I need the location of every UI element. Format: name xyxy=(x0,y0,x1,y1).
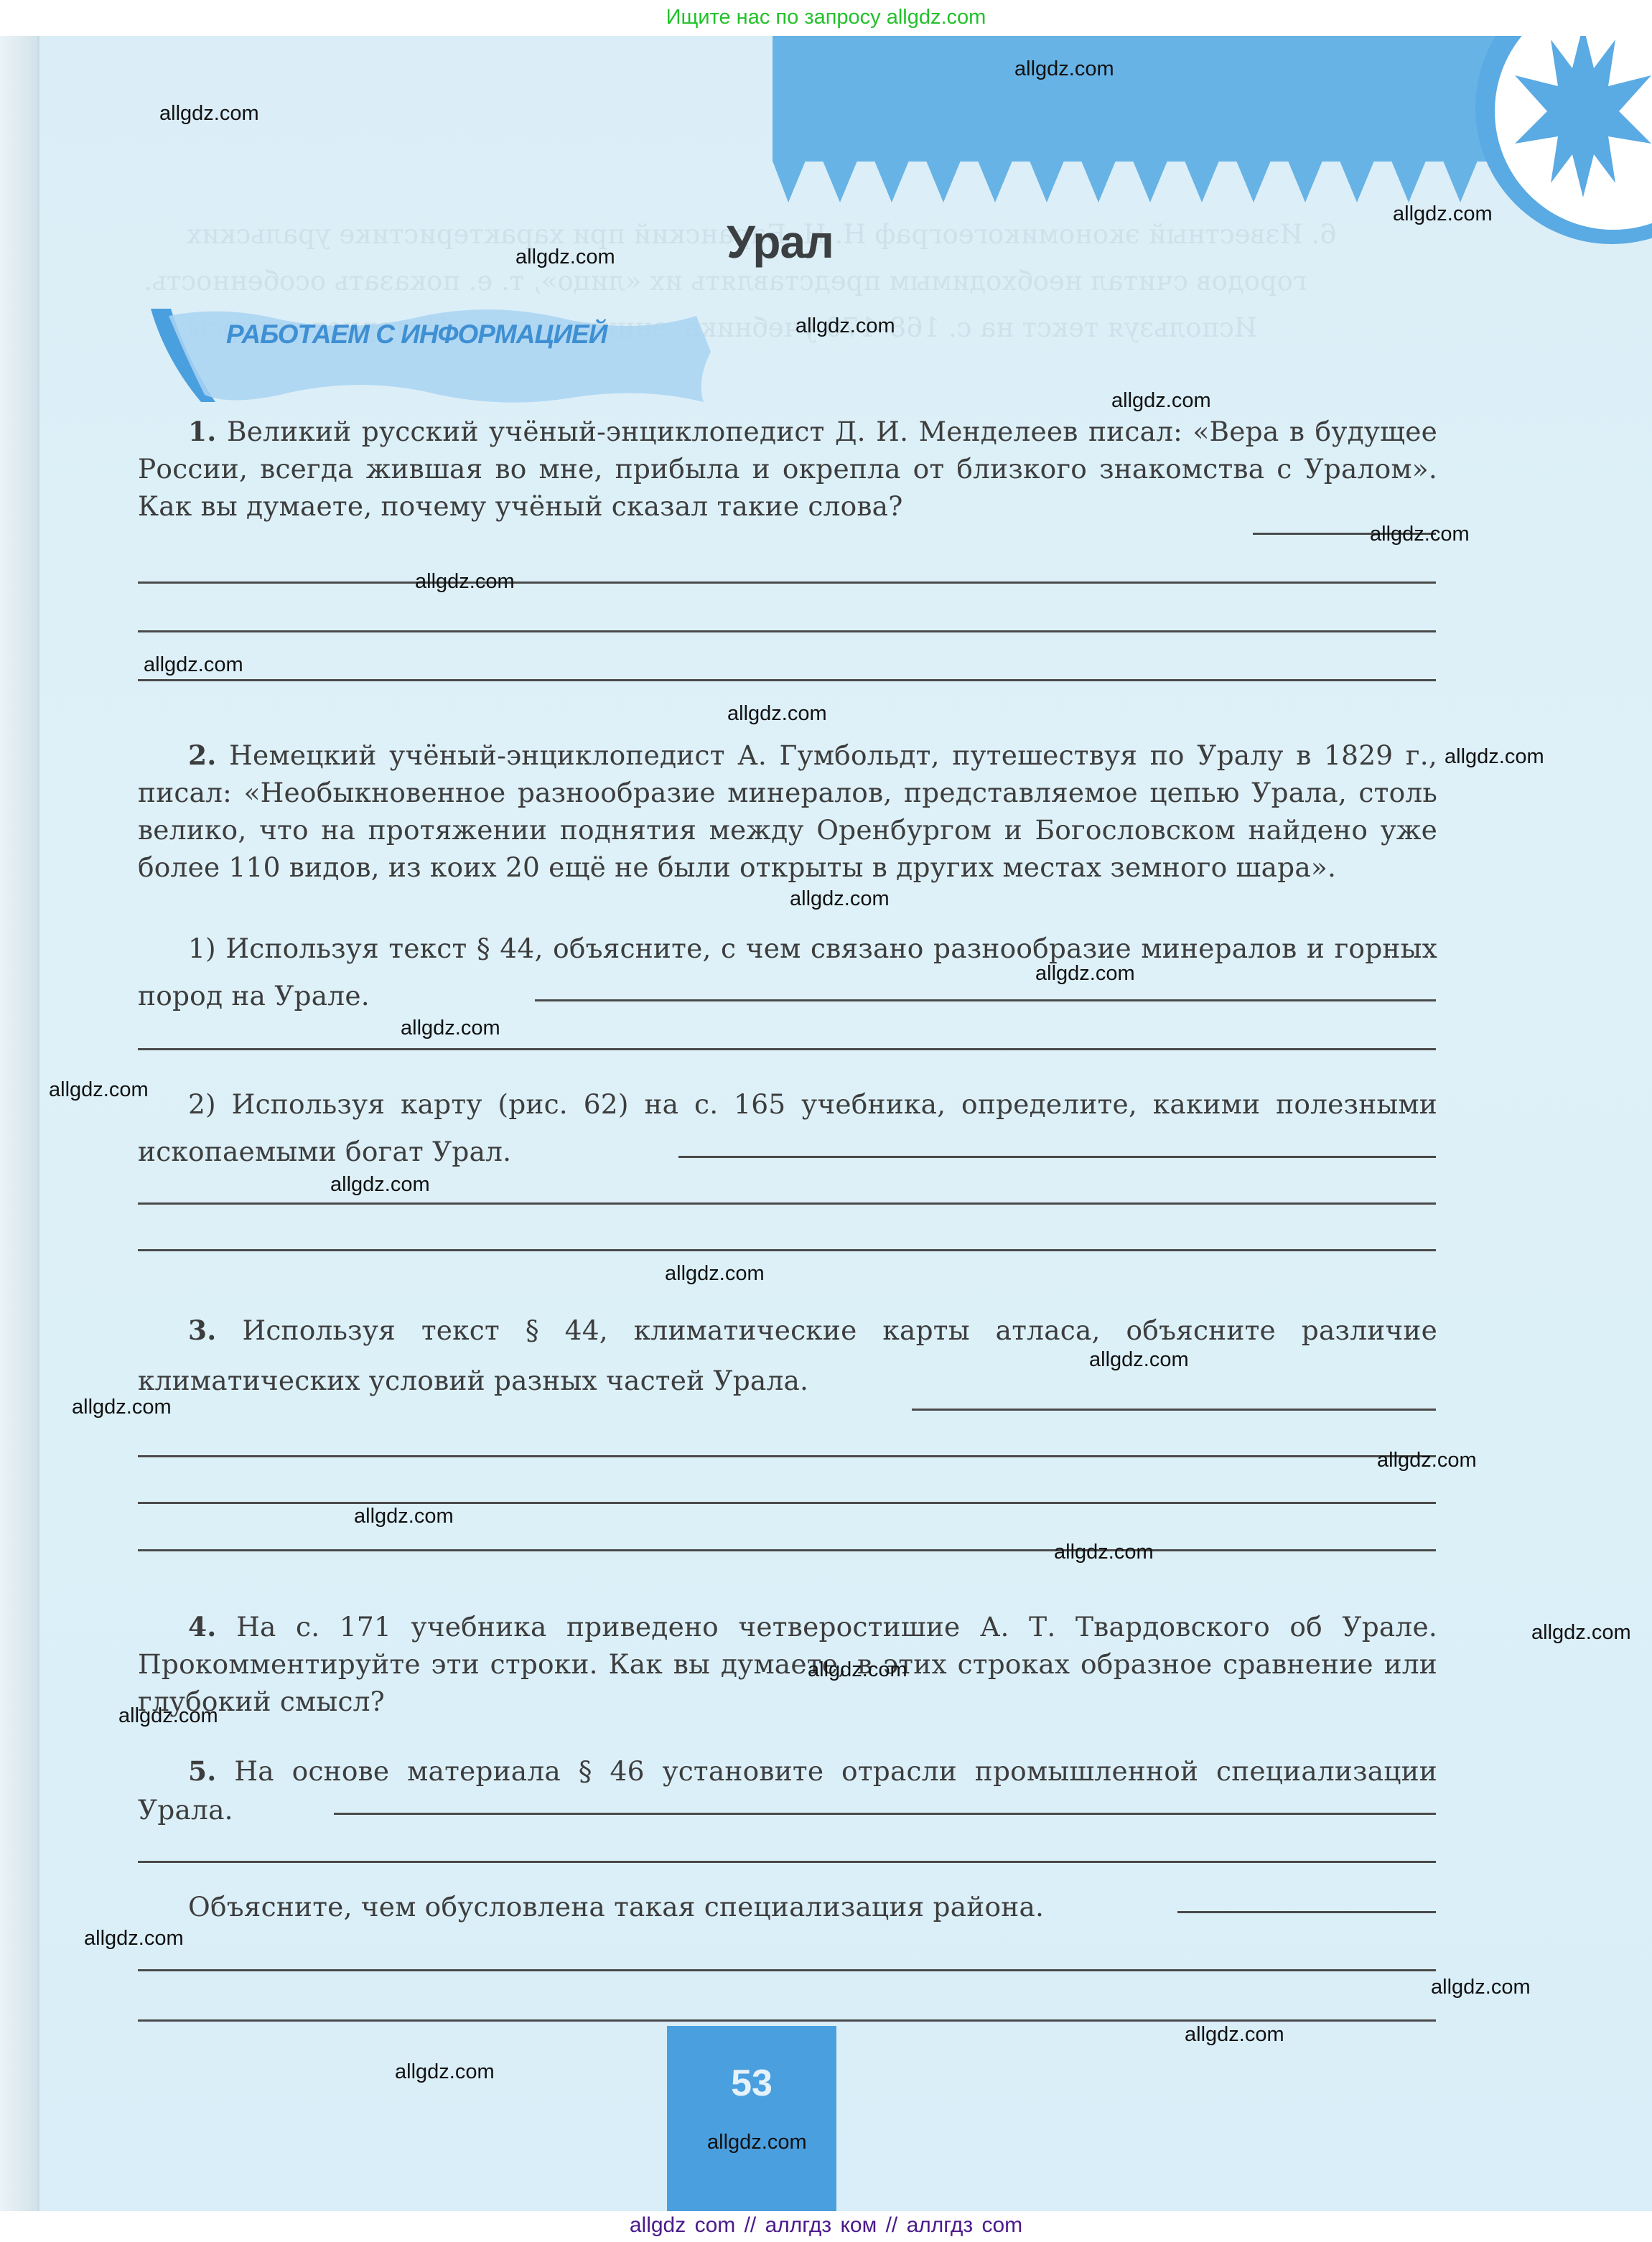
watermark: allgdz.com xyxy=(1111,389,1211,413)
watermark: allgdz.com xyxy=(1393,202,1493,226)
watermark: allgdz.com xyxy=(790,887,890,911)
page-number-box: 53 xyxy=(667,2026,836,2211)
watermark: allgdz.com xyxy=(118,1704,218,1728)
watermark: allgdz.com xyxy=(808,1658,907,1682)
bottom-promo-banner: allgdz com // аллгдз ком // аллгдз com xyxy=(0,2211,1652,2242)
answer-line[interactable] xyxy=(138,1202,1436,1205)
watermark: allgdz.com xyxy=(1370,523,1470,546)
watermark: allgdz.com xyxy=(84,1927,184,1951)
section-label: РАБОТАЕМ С ИНФОРМАЦИЕЙ xyxy=(226,319,607,350)
watermark: allgdz.com xyxy=(1431,1976,1531,1999)
task-4-text: 4. На с. 171 учебника приведено четверос… xyxy=(138,1608,1437,1720)
answer-line[interactable] xyxy=(138,1048,1436,1050)
page-number: 53 xyxy=(667,2062,836,2105)
top-promo-text: Ищите нас по запросу allgdz.com xyxy=(666,6,986,29)
watermark: allgdz.com xyxy=(665,1262,765,1286)
watermark: allgdz.com xyxy=(72,1396,172,1419)
watermark: allgdz.com xyxy=(330,1173,430,1197)
answer-line[interactable] xyxy=(138,581,1436,584)
watermark: allgdz.com xyxy=(144,653,243,677)
task-2-subtask-2: 2) Используя карту (рис. 62) на с. 165 у… xyxy=(138,1080,1437,1175)
task-5-text: 5. На основе материала § 46 установите о… xyxy=(138,1752,1437,1829)
watermark: allgdz.com xyxy=(1035,962,1135,986)
watermark: allgdz.com xyxy=(727,702,827,726)
zigzag-decor xyxy=(773,161,1490,204)
watermark: allgdz.com xyxy=(515,246,615,269)
section-banner xyxy=(136,302,761,409)
watermark: allgdz.com xyxy=(1054,1541,1154,1564)
task-5-followup: Объясните, чем обусловлена такая специал… xyxy=(138,1888,1437,1925)
answer-line[interactable] xyxy=(334,1813,1436,1815)
answer-line[interactable] xyxy=(138,679,1436,681)
watermark: allgdz.com xyxy=(395,2060,495,2084)
watermark: allgdz.com xyxy=(401,1017,500,1040)
show-through-text: городов считал необходимым представлять … xyxy=(144,266,1307,296)
page-title: Урал xyxy=(727,215,834,268)
watermark: allgdz.com xyxy=(1445,745,1544,769)
answer-line[interactable] xyxy=(138,630,1436,632)
task-3-text: 3. Используя текст § 44, климатические к… xyxy=(138,1305,1437,1406)
answer-line[interactable] xyxy=(678,1156,1436,1158)
workbook-page: 6. Известный экономикогеограф Н. Н. Бара… xyxy=(0,36,1652,2211)
page-spine-shadow xyxy=(0,36,39,2211)
answer-line[interactable] xyxy=(138,1969,1436,1971)
watermark: allgdz.com xyxy=(1185,2023,1284,2047)
answer-line[interactable] xyxy=(138,1455,1436,1457)
task-1-text: 1. Великий русский учёный-энциклопедист … xyxy=(138,413,1437,525)
watermark: allgdz.com xyxy=(1377,1449,1477,1472)
answer-line[interactable] xyxy=(138,1249,1436,1251)
watermark: allgdz.com xyxy=(795,314,895,338)
star-icon xyxy=(1515,36,1651,197)
bottom-promo-text: allgdz com // аллгдз ком // аллгдз com xyxy=(630,2213,1022,2237)
top-promo-banner: Ищите нас по запросу allgdz.com xyxy=(0,0,1652,36)
watermark: allgdz.com xyxy=(1531,1621,1631,1645)
watermark: allgdz.com xyxy=(49,1078,149,1102)
answer-line[interactable] xyxy=(138,1502,1436,1504)
answer-line[interactable] xyxy=(138,1861,1436,1863)
answer-line[interactable] xyxy=(535,999,1436,1001)
answer-line[interactable] xyxy=(138,2019,1436,2022)
task-2-text: 2. Немецкий учёный-энциклопедист А. Гумб… xyxy=(138,737,1437,886)
task-2-subtask-1: 1) Используя текст § 44, объясните, с че… xyxy=(138,925,1437,1019)
answer-line[interactable] xyxy=(138,1549,1436,1551)
watermark: allgdz.com xyxy=(159,102,259,126)
answer-line[interactable] xyxy=(1177,1911,1436,1913)
watermark: allgdz.com xyxy=(1089,1348,1189,1372)
watermark: allgdz.com xyxy=(707,2131,807,2154)
answer-line[interactable] xyxy=(912,1409,1436,1411)
watermark: allgdz.com xyxy=(354,1505,454,1528)
watermark: allgdz.com xyxy=(1014,57,1114,81)
watermark: allgdz.com xyxy=(415,570,515,594)
